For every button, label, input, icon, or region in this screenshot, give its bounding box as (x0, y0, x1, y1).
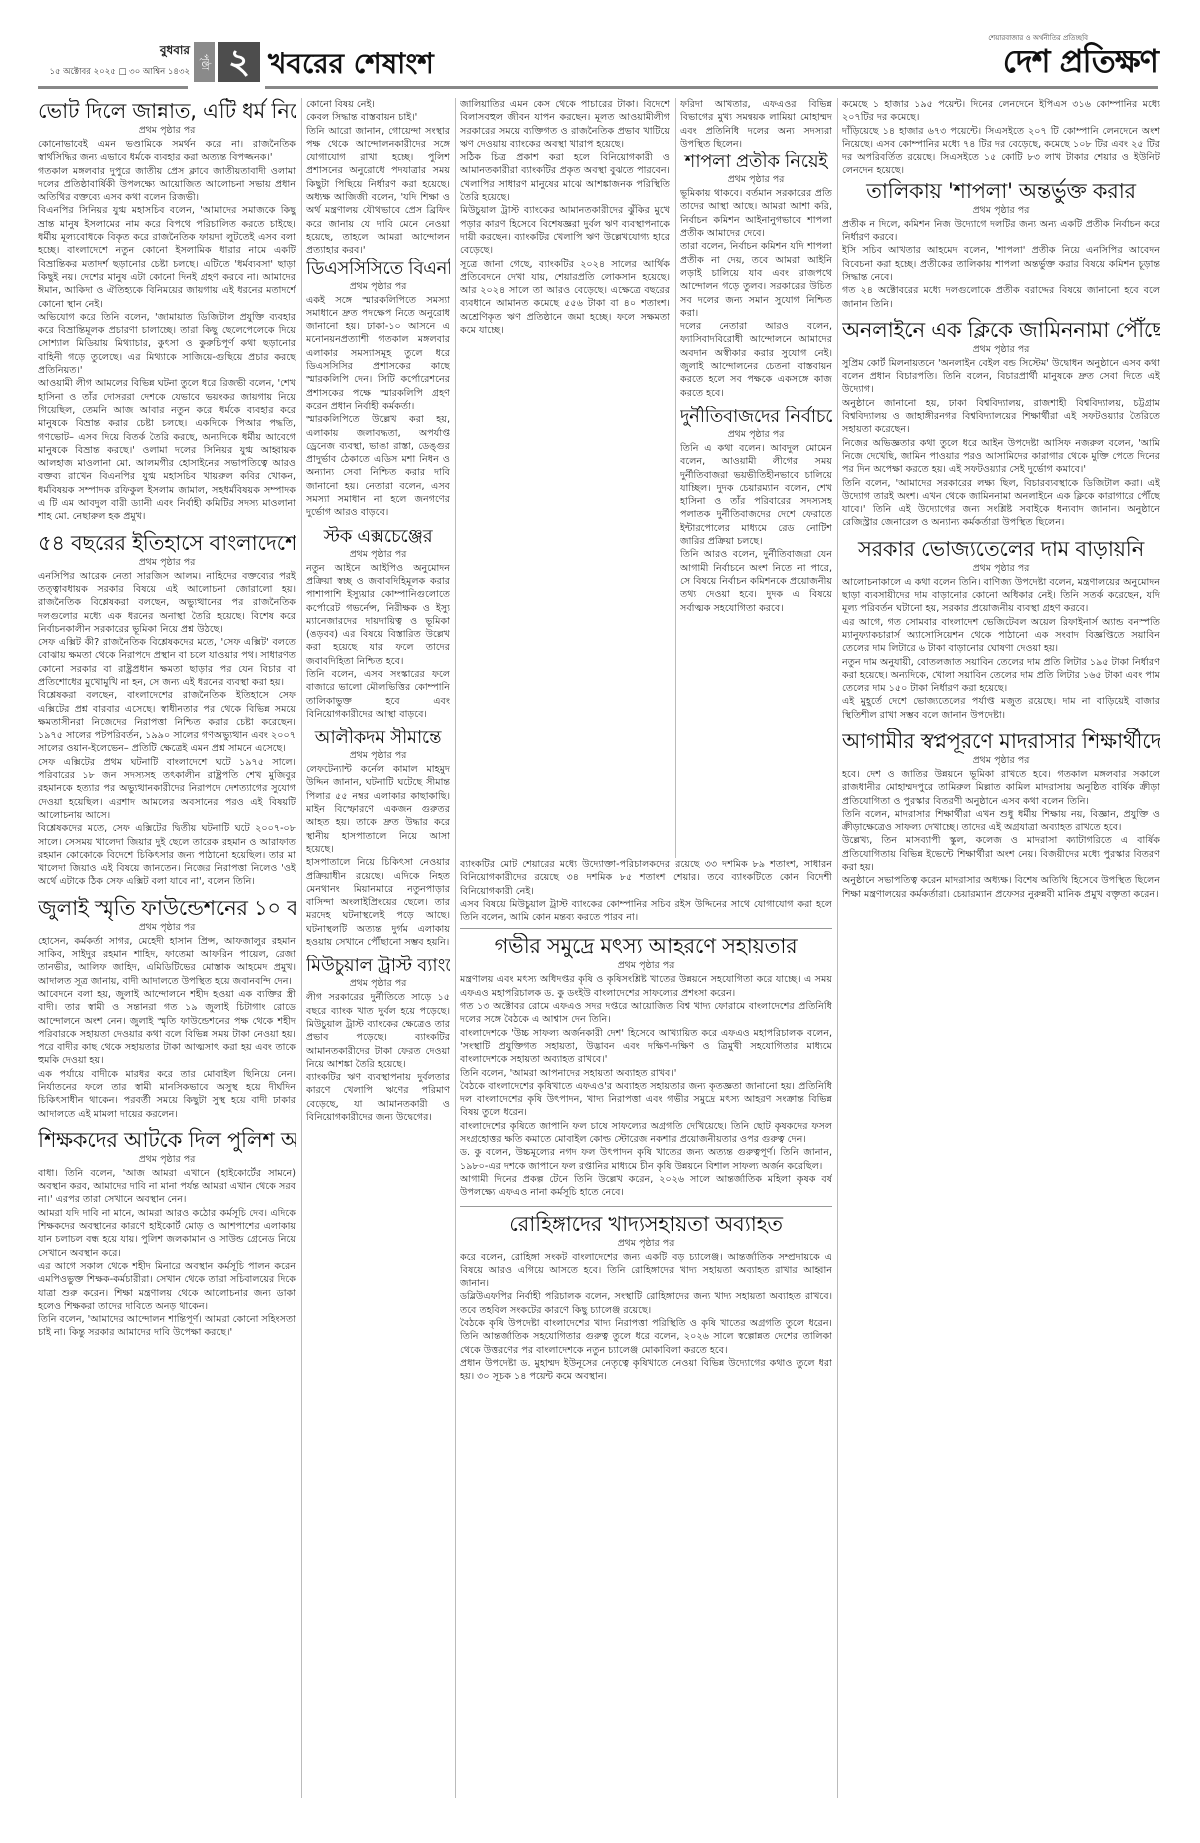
paragraph: গত ২৪ অক্টোবরের মধ্যে দলগুলোকে প্রতীক বর… (842, 284, 1160, 311)
story-teachers[interactable]: শিক্ষকদের আটকে দিল পুলিশ আসতে প্রথম পৃষ্… (38, 1127, 296, 1340)
headline: দুর্নীতিবাজদের নির্বাচনে (680, 406, 832, 428)
story-body: প্রতীক ন দিলে, কমিশন নিজ উদ্যোগে দলটির জ… (842, 218, 1160, 311)
paragraph: বাধা। তিনি বলেন, 'আজ আমরা এখানে (হাইকোর্… (38, 1167, 296, 1207)
story-anti-corruption[interactable]: দুর্নীতিবাজদের নির্বাচনে প্রথম পৃষ্ঠার প… (680, 406, 832, 615)
headline: সরকার ভোজ্যতেলের দাম বাড়ায়নি (842, 536, 1160, 562)
story-history-54[interactable]: ৫৪ বছরের ইতিহাসে বাংলাদেশে ৩ প্রথম পৃষ্ঠ… (38, 530, 296, 889)
continued-label: প্রথম পৃষ্ঠার পর (38, 1153, 296, 1166)
headline: শিক্ষকদের আটকে দিল পুলিশ আসতে (38, 1127, 296, 1153)
paragraph: লীগ সরকারের দুর্নীতিতে সাড়ে ১৫ বছরে ব্য… (306, 991, 450, 1071)
headline: জুলাই স্মৃতি ফাউন্ডেশনের ১০ কর্মকর্তার (38, 895, 296, 921)
paragraph: নতুন আইনে আইপিও অনুমোদন প্রক্রিয়া স্বচ্… (306, 562, 450, 668)
paragraph: প্রধান উপদেষ্টা ড. মুহাম্মদ ইউনূসের নেতৃ… (460, 1357, 832, 1384)
paragraph: আগামী দিনের প্রকল্প টেনে তিনি উল্লেখ করে… (460, 1173, 832, 1200)
column-divider (837, 98, 838, 1798)
paragraph: মিউচুয়াল ট্রাস্ট ব্যাংকের আমানতকারীদের … (460, 204, 670, 257)
paragraph: গতকাল মঙ্গলবার দুপুরে জাতীয় প্রেস ক্লাব… (38, 165, 296, 205)
paragraph: ইসি সচিব আখতার আহমেদ বলেন, 'শাপলা' প্রতী… (842, 244, 1160, 284)
continued-label: প্রথম পৃষ্ঠার পর (842, 754, 1160, 767)
weekday: বুধবার (40, 42, 190, 62)
continued-label: প্রথম পৃষ্ঠার পর (842, 343, 1160, 356)
paragraph: তিনি আরো জানান, গোয়েন্দা সংস্থার পক্ষ থ… (306, 125, 450, 258)
paragraph: আওয়ামী লীগ আমলের বিভিন্ন ঘটনা তুলে ধরে … (38, 377, 296, 523)
paragraph: সেফ এক্সিট কী? রাজনৈতিক বিশ্লেষকদের মতে,… (38, 636, 296, 689)
headline: তালিকায় 'শাপলা' অন্তর্ভুক্ত করার (842, 178, 1160, 204)
story-body: বাধা। তিনি বলেন, 'আজ আমরা এখানে (হাইকোর্… (38, 1167, 296, 1340)
paragraph: নতুন দাম অনুযায়ী, বোতলজাত সয়াবিন তেলের… (842, 656, 1160, 696)
paragraph: সেফ এক্সিটের প্রথম ঘটনাটি বাংলাদেশে ঘটে … (38, 756, 296, 822)
story-rohingya[interactable]: রোহিঙ্গাদের খাদ্যসহায়তা অব্যাহত প্রথম প… (460, 1211, 832, 1384)
continued-label: প্রথম পৃষ্ঠার পর (680, 428, 832, 441)
mutual-trust-body-wide: ব্যাংকটির মোট শেয়ারের মধ্যে উদ্যোক্তা-প… (460, 858, 832, 924)
paragraph: বিশ্লেষকদের মতে, সেফ এক্সিটের দ্বিতীয় ঘ… (38, 822, 296, 888)
headline: আগামীর স্বপ্নপূরণে মাদরাসার শিক্ষার্থীদে… (842, 728, 1160, 754)
paragraph: স্মারকলিপিতে উল্লেখ করা হয়, এলাকায় জলা… (306, 413, 450, 519)
page-label: পৃষ্ঠা (194, 42, 215, 82)
continued-label: প্রথম পৃষ্ঠার পর (38, 921, 296, 934)
story-body: হোসেন, কর্মকর্তা সাগর, মেহেদী হাসান প্রি… (38, 935, 296, 1121)
paragraph: ড. কু বলেন, উচ্চমূল্যের নগদ ফল উৎপাদন কৃ… (460, 1146, 832, 1173)
continued-label: প্রথম পৃষ্ঠার পর (306, 548, 450, 561)
headline: গভীর সমুদ্রে মৎস্য আহরণে সহায়তার (460, 933, 832, 959)
continued-label: প্রথম পৃষ্ঠার পর (460, 1237, 832, 1250)
story-body: মন্ত্রণালয় এবং মৎস্য অধিদপ্তর কৃষি ও কৃ… (460, 973, 832, 1199)
paragraph: মন্ত্রণালয় এবং মৎস্য অধিদপ্তর কৃষি ও কৃ… (460, 973, 832, 1000)
paragraph: সূত্রে জানা গেছে, ব্যাংকটির ২০২৪ সালের আ… (460, 258, 670, 338)
paragraph: এক পর্যায়ে বাদীকে মারধর করে তার মোবাইল … (38, 1068, 296, 1121)
paragraph: সুপ্রিম কোর্ট মিলনায়তনে 'অনলাইন বেইল বন… (842, 357, 1160, 397)
paragraph: ফরিদা আখতার, এফএওর বিভিন্ন বিভাগের মুখ্য… (680, 98, 832, 151)
paragraph: সঠিক চিত্র প্রকাশ করা হলে বিনিয়োগকারী ও… (460, 151, 670, 204)
headline: ডিএসসিসিতে বিএনপির ৭ (306, 258, 450, 280)
story-online-bail[interactable]: অনলাইনে এক ক্লিকে জামিননামা পৌঁছে প্রথম … (842, 317, 1160, 530)
headline: ভোট দিলে জান্নাত, এটি ধর্ম নিয়ে প্রতারণ… (38, 98, 296, 124)
dscc-top-body: কোনো বিষয় নেই। কেবল সিদ্ধান্ত বাস্তবায়… (306, 98, 450, 258)
continued-label: প্রথম পৃষ্ঠার পর (460, 959, 832, 972)
story-body: করে বলেন, রোহিঙ্গা সংকট বাংলাদেশের জন্য … (460, 1251, 832, 1384)
paragraph: তিনি এ কথা বলেন। আবদুল মোমেন বলেন, আওয়া… (680, 442, 832, 548)
paragraph: কোনোভাবেই এমন ভণ্ডামিকে সমর্থন করে না। র… (38, 138, 296, 165)
story-body: লীগ সরকারের দুর্নীতিতে সাড়ে ১৫ বছরে ব্য… (306, 991, 450, 1124)
story-body: নতুন আইনে আইপিও অনুমোদন প্রক্রিয়া স্বচ্… (306, 562, 450, 722)
paragraph: উল্লেখ্য, তিন মাসব্যাপী স্কুল, কলেজ ও মা… (842, 834, 1160, 874)
story-july-foundation[interactable]: জুলাই স্মৃতি ফাউন্ডেশনের ১০ কর্মকর্তার প… (38, 895, 296, 1121)
paragraph: একই সঙ্গে স্মারকলিপিতে সমস্যা সমাধানে দ্… (306, 294, 450, 414)
paragraph: অনুষ্ঠানে সভাপতিত্ব করেন মাদরাসার অধ্যক্… (842, 874, 1160, 901)
paragraph: বাংলাদেশকে 'উচ্চ সাফল্য অর্জনকারী দেশ' হ… (460, 1027, 832, 1067)
story-alikadam[interactable]: আলীকদম সীমান্তে প্রথম পৃষ্ঠার পর লেফটেন্… (306, 727, 450, 949)
paragraph: করে বলেন, রোহিঙ্গা সংকট বাংলাদেশের জন্য … (460, 1251, 832, 1291)
continued-label: প্রথম পৃষ্ঠার পর (680, 173, 832, 186)
paragraph: তিনি বলেন, 'আমরা আপনাদের সহায়তা অব্যাহত… (460, 1067, 832, 1080)
page-number: ২ (218, 42, 260, 82)
paragraph: তিনি বলেন, 'আমাদের আন্দোলন শান্তিপূর্ণ। … (38, 1313, 296, 1340)
paragraph: দলের নেতারা আরও বলেন, ফ্যাসিবাদবিরোধী আন… (680, 320, 832, 400)
divider (460, 928, 832, 929)
paragraph: এর আগে, গত সোমবার বাংলাদেশ ভেজিটেবল অয়ে… (842, 616, 1160, 656)
paragraph: এর আগে সকাল থেকে শহীদ মিনারে অবস্থান কর্… (38, 1260, 296, 1313)
story-body: তিনি এ কথা বলেন। আবদুল মোমেন বলেন, আওয়া… (680, 442, 832, 615)
paragraph: এনসিপির আরেক নেতা সারজিস আলম। নাহিদের বক… (38, 570, 296, 636)
story-body: হবে। দেশ ও জাতির উন্নয়নে ভূমিকা রাখতে হ… (842, 768, 1160, 901)
story-body: একই সঙ্গে স্মারকলিপিতে সমস্যা সমাধানে দ্… (306, 294, 450, 520)
paragraph: প্রতীক ন দিলে, কমিশন নিজ উদ্যোগে দলটির জ… (842, 218, 1160, 245)
paragraph: অভিযোগ করে তিনি বলেন, 'জামায়াত ডিজিটাল … (38, 311, 296, 377)
continued-label: প্রথম পৃষ্ঠার পর (306, 749, 450, 762)
divider (460, 1206, 832, 1207)
story-edible-oil[interactable]: সরকার ভোজ্যতেলের দাম বাড়ায়নি প্রথম পৃষ… (842, 536, 1160, 722)
story-body: এনসিপির আরেক নেতা সারজিস আলম। নাহিদের বক… (38, 570, 296, 889)
story-stock-exchange[interactable]: স্টক এক্সচেঞ্জের প্রথম পৃষ্ঠার পর নতুন আ… (306, 526, 450, 722)
paragraph: হাসপাতালে নিয়ে চিকিৎসা নেওয়ার প্রক্রিয… (306, 856, 450, 949)
story-body: সুপ্রিম কোর্ট মিলনায়তনে 'অনলাইন বেইল বন… (842, 357, 1160, 530)
paragraph: কোনো বিষয় নেই। (306, 98, 450, 111)
story-vote[interactable]: ভোট দিলে জান্নাত, এটি ধর্ম নিয়ে প্রতারণ… (38, 98, 296, 524)
paragraph: কমেছে ১ হাজার ১৯৫ পয়েন্ট। দিনের লেনদেনে… (842, 98, 1160, 125)
mutual-trust-body: জালিয়াতির এমন কেস থেকে পাচারের টাকা। বি… (460, 98, 670, 337)
paragraph: তিনি বলেন, মাদরাসার শিক্ষার্থীরা এখন শুধ… (842, 808, 1160, 835)
paragraph: বৈঠকে কৃষি উপদেষ্টা বাংলাদেশের খাদ্য নির… (460, 1317, 832, 1357)
paragraph: বৈঠকে বাংলাদেশের কৃষিখাতে এফএও'র অব্যাহত… (460, 1080, 832, 1120)
paragraph: দাঁড়িয়েছে ১৪ হাজার ৬৭৩ পয়েন্টে। সিএসই… (842, 125, 1160, 178)
headline: মিউচুয়াল ট্রাস্ট ব্যাংকে (306, 955, 450, 977)
column-4: ফরিদা আখতার, এফএওর বিভিন্ন বিভাগের মুখ্য… (680, 98, 832, 858)
newspaper-page: ভোট দিলে জান্নাত, এটি ধর্ম নিয়ে প্রতারণ… (38, 98, 1160, 1798)
brand: শেয়ারবাজার ও অর্থনীতির প্রতিচ্ছবি দেশ প… (988, 32, 1158, 78)
headline: স্টক এক্সচেঞ্জের (306, 526, 450, 548)
column-divider (455, 98, 456, 1798)
paragraph: হোসেন, কর্মকর্তা সাগর, মেহেদী হাসান প্রি… (38, 935, 296, 988)
continued-label: প্রথম পৃষ্ঠার পর (842, 204, 1160, 217)
story-body: আলোচনাকালে এ কথা বলেন তিনি। বাণিজ্য উপদে… (842, 576, 1160, 722)
paragraph: ব্যাংকটির ঋণ ব্যবস্থাপনায় দুর্বলতার কার… (306, 1071, 450, 1124)
paragraph: হবে। দেশ ও জাতির উন্নয়নে ভূমিকা রাখতে হ… (842, 768, 1160, 808)
column-divider (675, 98, 676, 858)
masthead-rule-right (265, 86, 1158, 89)
paragraph: তিনি বলেন, 'আমাদের সরকারের লক্ষ্য ছিল, ব… (842, 477, 1160, 530)
continued-label: প্রথম পৃষ্ঠার পর (38, 124, 296, 137)
paragraph: গত ১৩ অক্টোবর রোমে এফএও সদর দপ্তরে আয়োজ… (460, 1000, 832, 1027)
story-body: ভূমিকায় থাকবে। বর্তমান সরকারের প্রতি তা… (680, 187, 832, 400)
continued-label: প্রথম পৃষ্ঠার পর (306, 280, 450, 293)
paragraph: ভূমিকায় থাকবে। বর্তমান সরকারের প্রতি তা… (680, 187, 832, 240)
continued-label: প্রথম পৃষ্ঠার পর (38, 556, 296, 569)
story-body: লেফটেন্যান্ট কর্নেল কামাল মাহমুদ উদ্দিন … (306, 763, 450, 949)
headline: রোহিঙ্গাদের খাদ্যসহায়তা অব্যাহত (460, 1211, 832, 1237)
continued-label: প্রথম পৃষ্ঠার পর (306, 977, 450, 990)
paragraph: কেবল সিদ্ধান্ত বাস্তবায়ন চাই।' (306, 111, 450, 124)
paragraph: বিশ্লেষকরা বলছেন, বাংলাদেশের রাজনৈতিক ইত… (38, 689, 296, 755)
paragraph: আমরা যদি দাবি না মানে, আমরা আরও কঠোর কর্… (38, 1207, 296, 1260)
headline: আলীকদম সীমান্তে (306, 727, 450, 749)
paragraph: আলোচনাকালে এ কথা বলেন তিনি। বাণিজ্য উপদে… (842, 576, 1160, 616)
dse-market-top: ফরিদা আখতার, এফএওর বিভিন্ন বিভাগের মুখ্য… (680, 98, 832, 151)
masthead: বুধবার ১৫ অক্টোবর ২০২৫ □ ৩০ আশ্বিন ১৪৩২ … (0, 30, 1200, 92)
masthead-rule-left (38, 86, 188, 89)
story-deep-sea[interactable]: গভীর সমুদ্রে মৎস্য আহরণে সহায়তার প্রথম … (460, 933, 832, 1199)
paragraph: জালিয়াতির এমন কেস থেকে পাচারের টাকা। বি… (460, 98, 670, 151)
story-madrasa[interactable]: আগামীর স্বপ্নপূরণে মাদরাসার শিক্ষার্থীদে… (842, 728, 1160, 901)
paragraph: অনুষ্ঠানে জানানো হয়, ঢাকা বিশ্ববিদ্যালয… (842, 397, 1160, 437)
paragraph: বিএনপির সিনিয়র যুগ্ম মহাসচিব বলেন, 'আমা… (38, 204, 296, 310)
paragraph: এসব বিষয়ে মিউচুয়াল ট্রাস্ট ব্যাংকের কো… (460, 898, 832, 925)
column-3b: ব্যাংকটির মোট শেয়ারের মধ্যে উদ্যোক্তা-প… (460, 858, 832, 1778)
brand-logo: দেশ প্রতিক্ষণ (988, 44, 1158, 78)
column-3a: জালিয়াতির এমন কেস থেকে পাচারের টাকা। বি… (460, 98, 670, 958)
paragraph: তিনি বলেন, এসব সংস্কারের ফলে বাজারে ভালো… (306, 668, 450, 721)
column-2: কোনো বিষয় নেই। কেবল সিদ্ধান্ত বাস্তবায়… (306, 98, 450, 1798)
headline: শাপলা প্রতীক নিয়েই (680, 151, 832, 173)
headline: অনলাইনে এক ক্লিকে জামিননামা পৌঁছে (842, 317, 1160, 343)
paragraph: বাংলাদেশের কৃষিতে জাপানি ফল চাষে সাফল্যে… (460, 1120, 832, 1147)
section-title: খবরের শেষাংশ (268, 42, 434, 89)
date-block: বুধবার ১৫ অক্টোবর ২০২৫ □ ৩০ আশ্বিন ১৪৩২ (40, 42, 190, 79)
paragraph: ব্যাংকটির মোট শেয়ারের মধ্যে উদ্যোক্তা-প… (460, 858, 832, 898)
column-divider (301, 98, 302, 1798)
dse-market-body: কমেছে ১ হাজার ১৯৫ পয়েন্ট। দিনের লেনদেনে… (842, 98, 1160, 178)
headline: ৫৪ বছরের ইতিহাসে বাংলাদেশে ৩ (38, 530, 296, 556)
story-body: কোনোভাবেই এমন ভণ্ডামিকে সমর্থন করে না। র… (38, 138, 296, 524)
story-dscc[interactable]: ডিএসসিসিতে বিএনপির ৭ প্রথম পৃষ্ঠার পর এক… (306, 258, 450, 520)
paragraph: আবেদনে বলা হয়, জুলাই আন্দোলনে শহীদ হওয়… (38, 988, 296, 1068)
paragraph: লেফটেন্যান্ট কর্নেল কামাল মাহমুদ উদ্দিন … (306, 763, 450, 856)
paragraph: তারা বলেন, নির্বাচন কমিশন যদি শাপলা প্রত… (680, 240, 832, 320)
paragraph: ডব্লিউএফপির নির্বাহী পরিচালক বলেন, সংস্থ… (460, 1290, 832, 1317)
column-right: কমেছে ১ হাজার ১৯৫ পয়েন্ট। দিনের লেনদেনে… (842, 98, 1160, 1798)
paragraph: তিনি আরও বলেন, দুর্নীতিবাজরা যেন আগামী ন… (680, 548, 832, 614)
paragraph: নিজের অভিজ্ঞতার কথা তুলে ধরে আইন উপদেষ্ট… (842, 437, 1160, 477)
paragraph: এই মুহূর্তে দেশে ভোজ্যতেলের পর্যাপ্ত মজু… (842, 695, 1160, 722)
story-shapla[interactable]: শাপলা প্রতীক নিয়েই প্রথম পৃষ্ঠার পর ভূম… (680, 151, 832, 400)
column-1: ভোট দিলে জান্নাত, এটি ধর্ম নিয়ে প্রতারণ… (38, 98, 296, 1798)
date-text: ১৫ অক্টোবর ২০২৫ □ ৩০ আশ্বিন ১৪৩২ (40, 65, 190, 79)
story-shapla-list[interactable]: তালিকায় 'শাপলা' অন্তর্ভুক্ত করার প্রথম … (842, 178, 1160, 311)
continued-label: প্রথম পৃষ্ঠার পর (842, 562, 1160, 575)
story-mutual-trust-left[interactable]: মিউচুয়াল ট্রাস্ট ব্যাংকে প্রথম পৃষ্ঠার … (306, 955, 450, 1124)
